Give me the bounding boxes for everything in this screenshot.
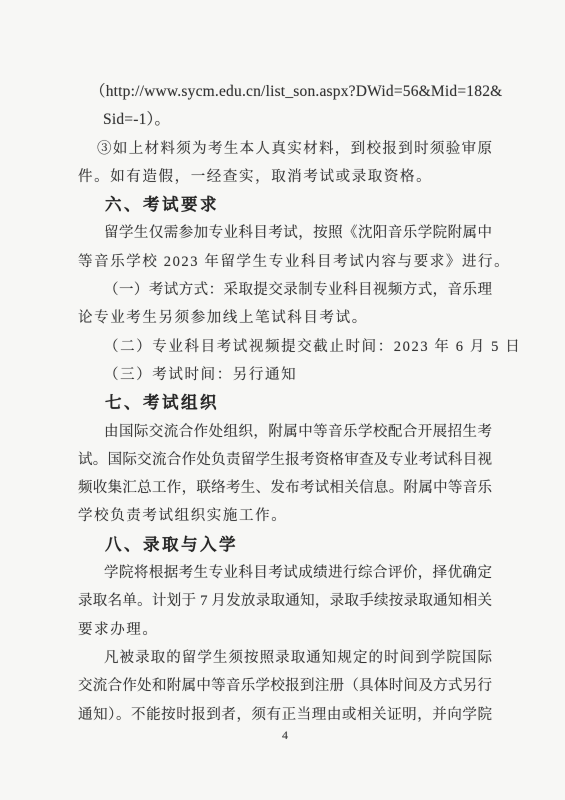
text-line: （http://www.sycm.edu.cn/list_son.aspx?DW… [78,78,492,106]
text-line: 试。国际交流合作处负责留学生报考资格审查及专业考试科目视 [78,446,492,474]
text-line: 学校负责考试组织实施工作。 [78,502,492,530]
text-line: 学院将根据考生专业科目考试成绩进行综合评价，择优确定 [78,559,492,587]
section-heading: 八、录取与入学 [78,531,492,559]
text-line: 等音乐学校 2023 年留学生专业科目考试内容与要求》进行。 [78,248,492,276]
text-line: 论专业考生另须参加线上笔试科目考试。 [78,304,492,332]
text-line: 交流合作处和附属中等音乐学校报到注册（具体时间及方式另行 [78,672,492,700]
text-line: 由国际交流合作处组织，附属中等音乐学校配合开展招生考 [78,418,492,446]
text-line: 通知）。不能按时报到者，须有正当理由或相关证明，并向学院 [78,701,492,729]
page-body: （http://www.sycm.edu.cn/list_son.aspx?DW… [78,78,492,729]
text-line: 留学生仅需参加专业科目考试，按照《沈阳音乐学院附属中 [78,219,492,247]
section-heading: 七、考试组织 [78,389,492,417]
page-footer: 4 [78,728,492,743]
text-line: Sid=-1）。 [78,106,492,134]
text-line: 录取名单。计划于 7 月发放录取通知，录取手续按录取通知相关 [78,587,492,615]
text-line: （二）专业科目考试视频提交截止时间：2023 年 6 月 5 日 [78,333,492,361]
text-line: （一）考试方式：采取提交录制专业科目视频方式，音乐理 [78,276,492,304]
text-line: 件。如有造假，一经查实，取消考试或录取资格。 [78,163,492,191]
text-line: 要求办理。 [78,616,492,644]
text-line: 凡被录取的留学生须按照录取通知规定的时间到学院国际 [78,644,492,672]
page-number: 4 [282,728,288,742]
section-heading: 六、考试要求 [78,191,492,219]
text-line: ③如上材料须为考生本人真实材料，到校报到时须验审原 [78,135,492,163]
document-page: （http://www.sycm.edu.cn/list_son.aspx?DW… [0,0,565,800]
text-line: （三）考试时间：另行通知 [78,361,492,389]
text-line: 频收集汇总工作，联络考生、发布考试相关信息。附属中等音乐 [78,474,492,502]
